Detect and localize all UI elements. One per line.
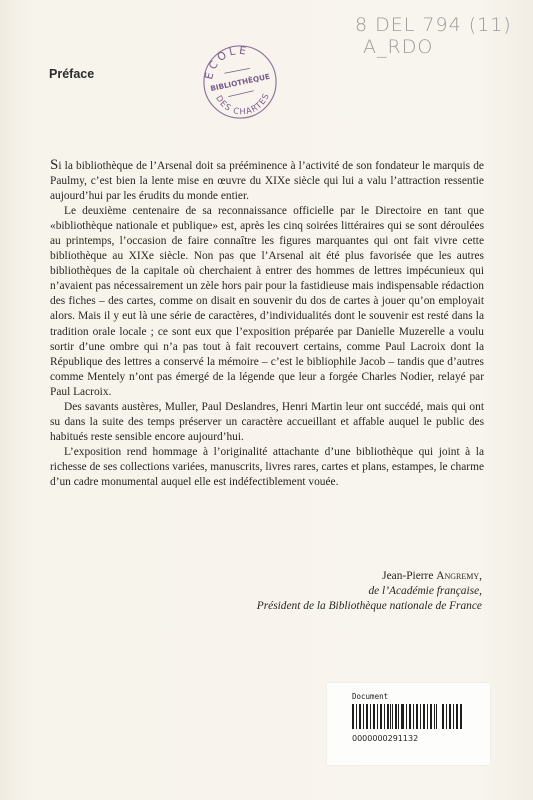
barcode-icon — [352, 704, 462, 729]
shelfmark-line-2: A_RDO — [363, 36, 512, 58]
signatory-title-2: Président de la Bibliothèque nationale d… — [257, 599, 482, 614]
page-title: Préface — [49, 67, 94, 81]
signatory-name: Jean-Pierre Angremy, — [257, 569, 482, 584]
signatory-title-1: de l’Académie française, — [257, 584, 482, 599]
library-stamp-icon: ECOLE DES CHARTES BIBLIOTHÈQUE — [201, 43, 279, 121]
svg-text:DES CHARTES: DES CHARTES — [214, 91, 271, 116]
signature-block: Jean-Pierre Angremy, de l’Académie franç… — [257, 569, 482, 614]
barcode-label-text: Document — [352, 692, 388, 701]
stamp-bottom-text: DES CHARTES — [214, 91, 271, 116]
paragraph-4: L’exposition rend hommage à l’originalit… — [50, 445, 484, 490]
svg-text:BIBLIOTHÈQUE: BIBLIOTHÈQUE — [210, 72, 271, 93]
barcode-sticker: Document 0000000291132 — [327, 683, 490, 765]
handwritten-shelfmark: 8 DEL 794 (11) A_RDO — [355, 14, 512, 58]
shelfmark-line-1: 8 DEL 794 (11) — [355, 14, 512, 36]
paragraph-3: Des savants austères, Muller, Paul Desla… — [50, 400, 484, 445]
paragraph-2: Le deuxième centenaire de sa reconnaissa… — [50, 204, 484, 400]
preface-body: Si la bibliothèque de l’Arsenal doit sa … — [50, 159, 484, 490]
barcode-number: 0000000291132 — [352, 734, 418, 743]
paragraph-1: Si la bibliothèque de l’Arsenal doit sa … — [50, 159, 484, 204]
